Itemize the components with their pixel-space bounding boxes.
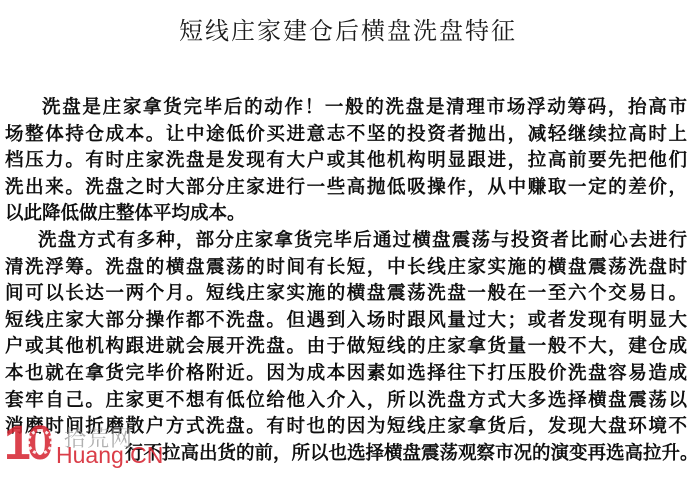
text-line: 场整体持仓成本。让中途低价买进意志不坚的投资者抛出，减轻继续拉高时上 <box>5 122 687 149</box>
text-line: 套牢自己。庄家更不想有低位给他入介入，所以洗盘方式大多选择横盘震荡以 <box>5 388 687 415</box>
text-line: 档压力。有时庄家洗盘是发现有大户或其他机构明显跟进，拉高前要先把他们 <box>5 148 687 175</box>
paragraph-1: 洗盘是庄家拿货完毕后的动作！一般的洗盘是清理市场浮动筹码，抬高市 场整体持仓成本… <box>5 95 687 228</box>
text-line: 消磨时间折磨散户方式洗盘。有时也的因为短线庄家拿货后，发现大盘环境不 <box>5 414 687 441</box>
document-title: 短线庄家建仓后横盘洗盘特征 <box>0 11 690 46</box>
text-line: 户或其他机构跟进就会展开洗盘。由于做短线的庄家拿货量一般不大，建仓成 <box>5 334 687 361</box>
text-line: 本也就在拿货完毕价格附近。因为成本因素如选择往下打压股价洗盘容易造成 <box>5 361 687 388</box>
text-line: 洗盘是庄家拿货完毕后的动作！一般的洗盘是清理市场浮动筹码，抬高市 <box>5 95 687 122</box>
text-line: 间可以长达一两个月。短线庄家实施的横盘震荡洗盘一般在一至六个交易日。 <box>5 281 687 308</box>
text-line: 行不拉高出货的前，所以也选择横盘震荡观察市况的演变再选高拉升。 <box>5 441 687 468</box>
text-line: 清洗浮筹。洗盘的横盘震荡的时间有长短，中长线庄家实施的横盘震荡洗盘时 <box>5 255 687 282</box>
text-line: 短线庄家大部分操作都不洗盘。但遇到入场时跟风量过大；或者发现有明显大 <box>5 308 687 335</box>
text-line: 洗盘方式有多种，部分庄家拿货完毕后通过横盘震荡与投资者比耐心去进行 <box>5 228 687 255</box>
text-line: 洗出来。洗盘之时大部分庄家进行一些高抛低吸操作，从中赚取一定的差价， <box>5 175 687 202</box>
text-line: 以此降低做庄整体平均成本。 <box>5 201 687 228</box>
document-body: 洗盘是庄家拿货完毕后的动作！一般的洗盘是清理市场浮动筹码，抬高市 场整体持仓成本… <box>5 95 687 467</box>
paragraph-2: 洗盘方式有多种，部分庄家拿货完毕后通过横盘震荡与投资者比耐心去进行 清洗浮筹。洗… <box>5 228 687 467</box>
